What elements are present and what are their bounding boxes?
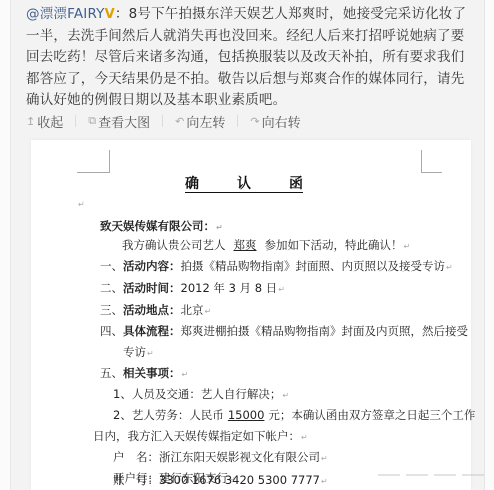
paragraph-mark: ↵ — [446, 263, 453, 272]
section-label: 相关事项： — [123, 366, 181, 380]
account-number: 账 号：3300 1676 3420 5300 7777↵ — [113, 472, 328, 488]
account-label: 户 名： — [113, 450, 159, 464]
section-value: 2012 年 3 月 8 日 — [181, 281, 278, 295]
fee-amount: 15000 — [224, 408, 269, 422]
item-2-continued: 日内，我方汇入天娱传媒指定如下帐户：↵ — [93, 428, 308, 444]
item-2: 2、艺人劳务：人民币15000元；本确认函由双方签章之日起三个工作 — [113, 407, 475, 423]
divider — [75, 115, 76, 127]
view-large-button[interactable]: ⧉ 查看大图 — [88, 112, 150, 131]
intro-pre: 我方确认贵公司艺人 — [122, 238, 226, 252]
item-text: 日内，我方汇入天娱传媒指定如下帐户： — [93, 429, 300, 443]
item-text: 2、艺人劳务：人民币 — [113, 408, 224, 422]
paragraph-mark: ↵ — [282, 391, 289, 400]
section-label: 活动时间： — [123, 281, 181, 295]
section-value: 拍摄《精品购物指南》封面照、内页照以及接受专访 — [181, 259, 446, 273]
paragraph-mark: ↵ — [78, 200, 85, 209]
section-value-cont: 专访 — [123, 345, 146, 359]
rotate-right-icon: ↷ — [250, 115, 259, 128]
section-value: 北京 — [181, 303, 204, 317]
collapse-button[interactable]: ↥ 收起 — [26, 112, 63, 131]
section-num: 一、 — [100, 258, 123, 274]
section-2: 二、活动时间：2012 年 3 月 8 日↵ — [100, 280, 285, 296]
divider — [162, 115, 163, 127]
paragraph-mark: ↵ — [278, 285, 285, 294]
intro-line: 我方确认贵公司艺人郑爽参加如下活动，特此确认！↵ — [122, 237, 410, 253]
title-char: 认 — [237, 176, 251, 192]
paragraph-mark: ↵ — [301, 433, 308, 442]
section-1: 一、活动内容：拍摄《精品购物指南》封面照、内页照以及接受专访↵ — [100, 258, 453, 274]
paragraph-mark: ↵ — [147, 349, 154, 358]
rotate-right-label: 向右转 — [262, 112, 301, 131]
left-margin — [0, 0, 11, 490]
section-5: 五、相关事项：↵ — [100, 365, 188, 381]
addressee-text: 致天娱传媒有限公司： — [100, 219, 215, 233]
vip-badge-icon: V — [105, 7, 115, 22]
section-value: 郑爽进棚拍摄《精品购物指南》封面及内页照，然后接受 — [181, 324, 469, 338]
title-char: 函 — [289, 176, 303, 192]
section-4: 四、具体流程：郑爽进棚拍摄《精品购物指南》封面及内页照，然后接受 — [100, 323, 468, 339]
section-num: 五、 — [100, 365, 123, 381]
account-name: 户 名：浙江东阳天娱影视文化有限公司↵ — [113, 449, 328, 465]
section-num: 三、 — [100, 302, 123, 318]
rotate-left-icon: ↶ — [175, 115, 184, 128]
paragraph-mark: ↵ — [182, 370, 189, 379]
document-title: 确 认 函 — [185, 176, 303, 193]
username-link[interactable]: @漂漂FAIRY — [26, 6, 105, 22]
right-margin — [484, 0, 494, 490]
collapse-label: 收起 — [37, 112, 63, 131]
collapse-up-icon: ↥ — [26, 115, 35, 128]
margin-corner-mark — [421, 150, 442, 173]
image-toolbar: ↥ 收起 ⧉ 查看大图 ↶ 向左转 ↷ 向右转 — [26, 110, 301, 132]
intro-post: 参加如下活动，特此确认！ — [265, 238, 403, 252]
rotate-right-button[interactable]: ↷ 向右转 — [250, 112, 300, 131]
account-label: 账 号： — [113, 473, 159, 487]
item-1: 1、人员及交通：艺人自行解决；↵ — [113, 386, 289, 402]
rotate-left-button[interactable]: ↶ 向左转 — [175, 112, 225, 131]
section-label: 活动地点： — [123, 303, 181, 317]
title-char: 确 — [185, 176, 199, 192]
paragraph-mark: ↵ — [216, 223, 223, 232]
section-label: 具体流程： — [123, 324, 181, 338]
section-3: 三、活动地点：北京↵ — [100, 302, 211, 318]
addressee: 致天娱传媒有限公司：↵ — [100, 218, 223, 234]
post-text: @漂漂FAIRYV：8号下午拍摄东洋天娱艺人郑爽时，她接受完采访化妆了一半，去洗… — [26, 4, 476, 112]
section-4-continued: 专访↵ — [123, 344, 154, 360]
paragraph-mark: ↵ — [205, 307, 212, 316]
colon: ： — [115, 6, 129, 22]
view-large-icon: ⧉ — [88, 114, 96, 128]
section-num: 二、 — [100, 280, 123, 296]
watermark — [378, 470, 484, 482]
view-large-label: 查看大图 — [98, 112, 150, 131]
account-value: 3300 1676 3420 5300 7777 — [159, 473, 320, 487]
artist-name: 郑爽 — [226, 238, 265, 252]
divider — [237, 115, 238, 127]
paragraph-mark: ↵ — [321, 477, 328, 486]
margin-corner-mark — [77, 150, 110, 173]
section-num: 四、 — [100, 323, 123, 339]
item-text: 1、人员及交通：艺人自行解决； — [113, 387, 281, 401]
document-image[interactable]: 确 认 函 ↵ 致天娱传媒有限公司：↵ 我方确认贵公司艺人郑爽参加如下活动，特此… — [31, 140, 471, 490]
account-value: 浙江东阳天娱影视文化有限公司 — [159, 450, 320, 464]
item-text: 元；本确认函由双方签章之日起三个工作 — [268, 408, 475, 422]
rotate-left-label: 向左转 — [186, 112, 225, 131]
paragraph-mark: ↵ — [321, 454, 328, 463]
section-label: 活动内容： — [123, 259, 181, 273]
paragraph-mark: ↵ — [404, 242, 411, 251]
